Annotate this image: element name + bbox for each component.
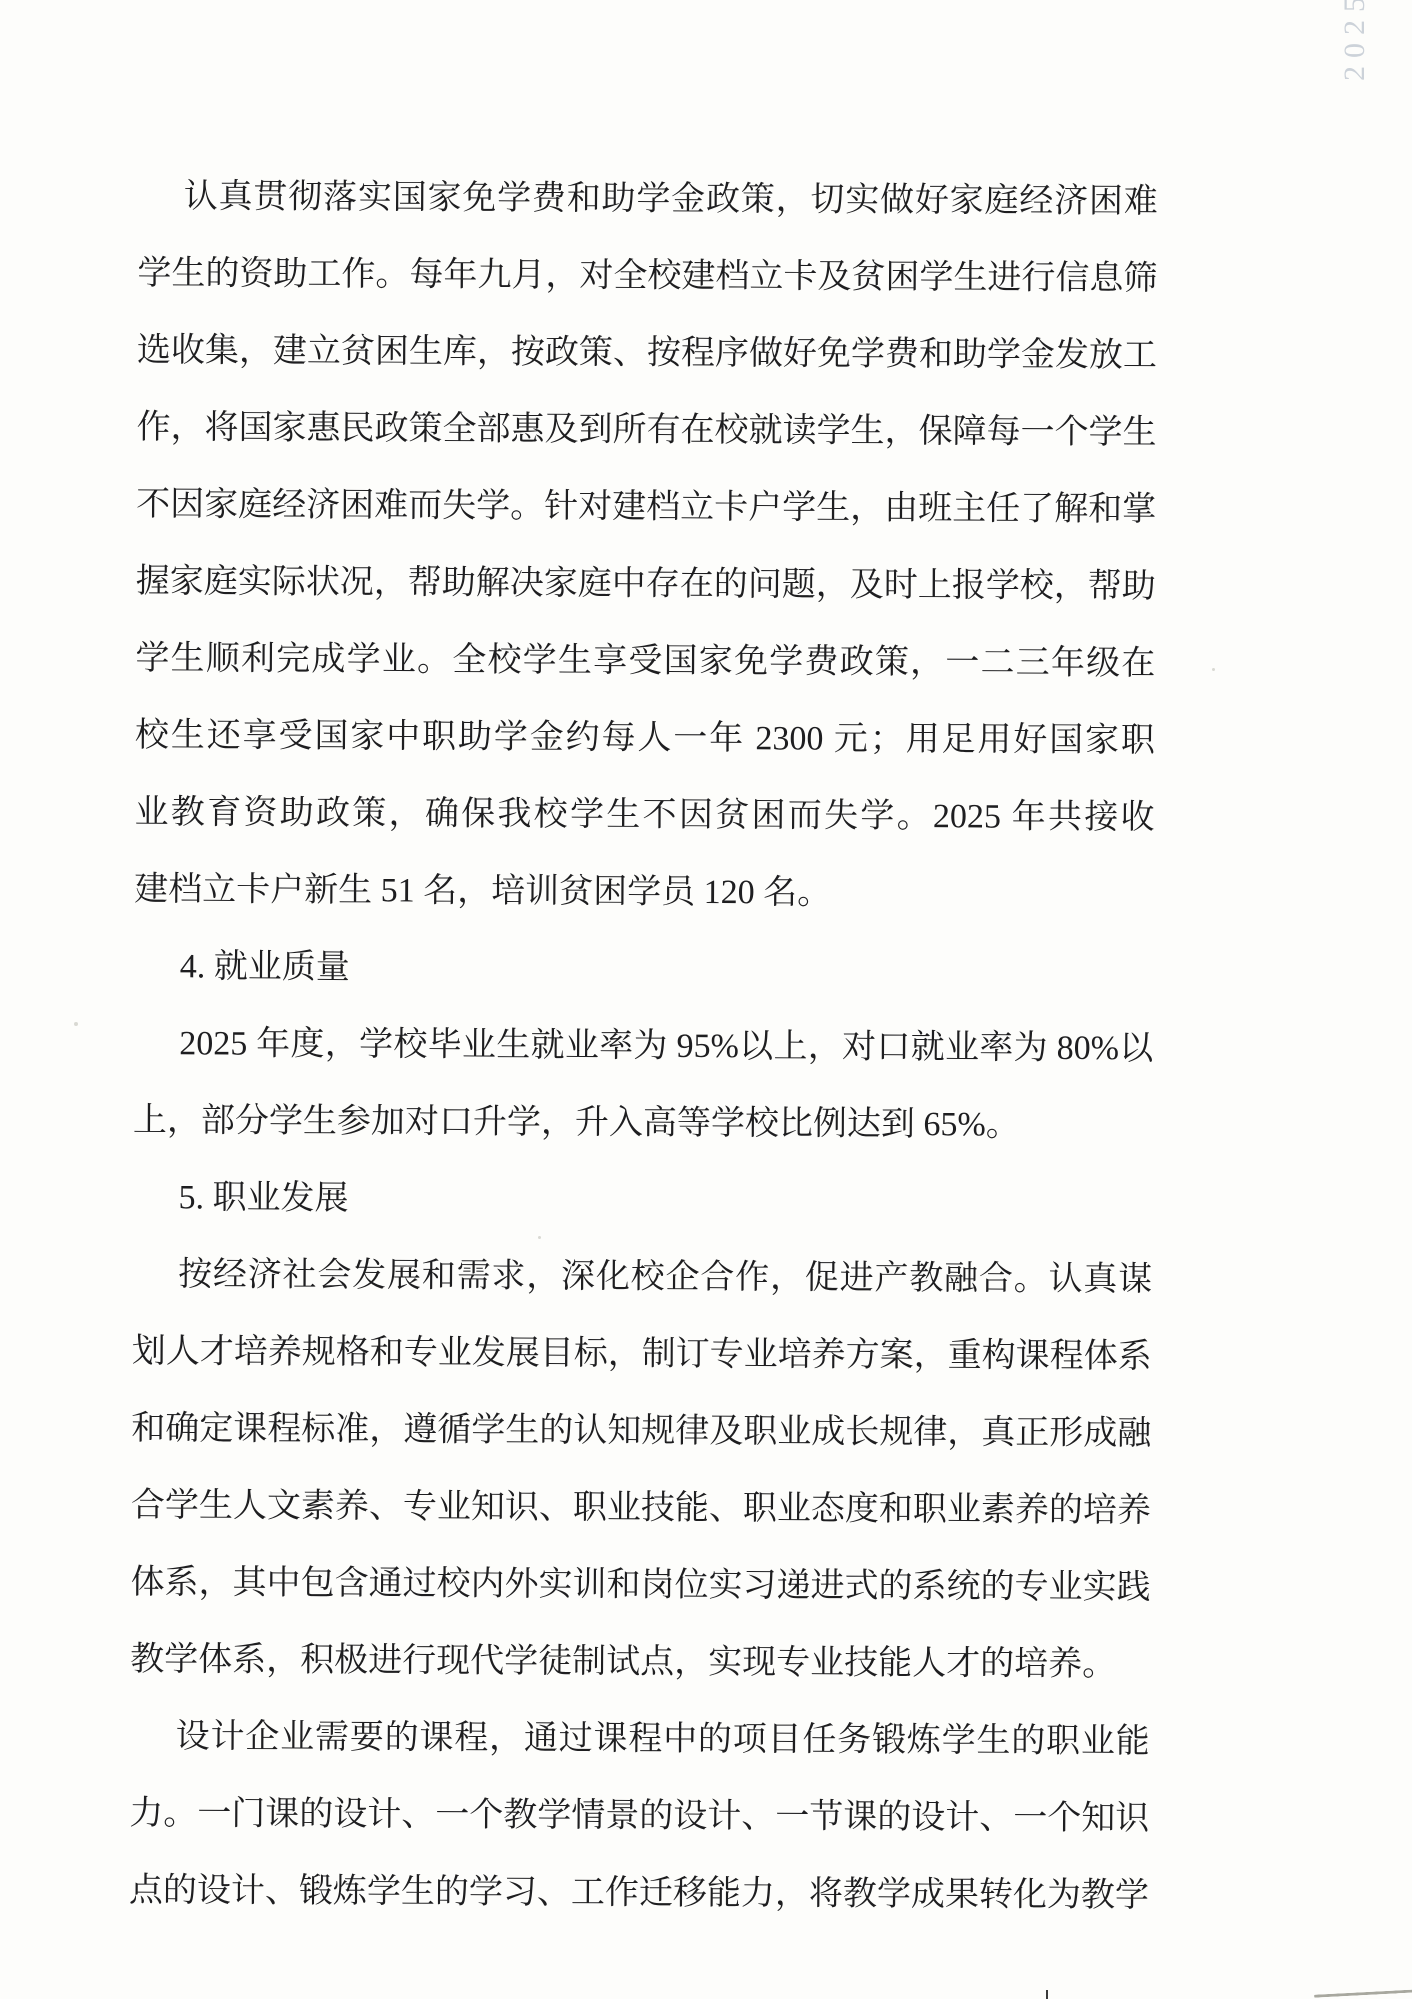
document-lines: 认真贯彻落实国家免学费和助学金政策，切实做好家庭经济困难学生的资助工作。每年九月… [129,158,1158,1934]
text-line: 按经济社会发展和需求，深化校企合作，促进产教融合。认真谋 [132,1236,1152,1318]
text-line: 5. 职业发展 [132,1159,1152,1241]
scan-speckle [1212,668,1215,671]
text-line: 校生还享受国家中职助学金约每人一年 2300 元；用足用好国家职 [135,697,1155,779]
scan-tick-artifact [1046,1990,1048,1999]
text-line: 不因家庭经济困难而失学。针对建档立卡户学生，由班主任了解和掌 [136,466,1156,548]
text-line: 点的设计、锻炼学生的学习、工作迁移能力，将教学成果转化为教学 [129,1852,1149,1934]
text-line: 4. 就业质量 [134,928,1154,1010]
text-line: 设计企业需要的课程，通过课程中的项目任务锻炼学生的职业能 [130,1698,1150,1780]
scan-speckle [538,1236,541,1239]
text-line: 业教育资助政策，确保我校学生不因贫困而失学。2025 年共接收 [134,774,1154,856]
text-line: 划人才培养规格和专业发展目标，制订专业培养方案，重构课程体系 [132,1313,1152,1395]
text-line: 合学生人文素养、专业知识、职业技能、职业态度和职业素养的培养 [131,1467,1151,1549]
document-page: 2025 认真贯彻落实国家免学费和助学金政策，切实做好家庭经济困难学生的资助工作… [0,0,1412,1999]
text-line: 和确定课程标准，遵循学生的认知规律及职业成长规律，真正形成融 [131,1390,1151,1472]
text-line: 作，将国家惠民政策全部惠及到所有在校就读学生，保障每一个学生 [136,389,1156,471]
text-line: 教学体系，积极进行现代学徒制试点，实现专业技能人才的培养。 [130,1621,1150,1703]
page-watermark: 2025 [1338,0,1372,90]
text-line: 学生的资助工作。每年九月，对全校建档立卡及贫困学生进行信息筛 [137,235,1157,317]
text-line: 建档立卡户新生 51 名，培训贫困学员 120 名。 [134,851,1154,933]
text-line: 2025 年度，学校毕业生就业率为 95%以上，对口就业率为 80%以 [133,1005,1153,1087]
text-line: 上，部分学生参加对口升学，升入高等学校比例达到 65%。 [133,1082,1153,1164]
text-line: 选收集，建立贫困生库，按政策、按程序做好免学费和助学金发放工 [137,312,1157,394]
text-line: 握家庭实际状况，帮助解决家庭中存在的问题，及时上报学校，帮助 [136,543,1156,625]
text-line: 认真贯彻落实国家免学费和助学金政策，切实做好家庭经济困难 [138,158,1158,240]
scan-edge-artifact [1314,1989,1412,1997]
scan-speckle [74,1022,78,1026]
text-line: 力。一门课的设计、一个教学情景的设计、一节课的设计、一个知识 [129,1775,1149,1857]
text-line: 体系，其中包含通过校内外实训和岗位实习递进式的系统的专业实践 [130,1544,1150,1626]
text-line: 学生顺利完成学业。全校学生享受国家免学费政策，一二三年级在 [135,620,1155,702]
